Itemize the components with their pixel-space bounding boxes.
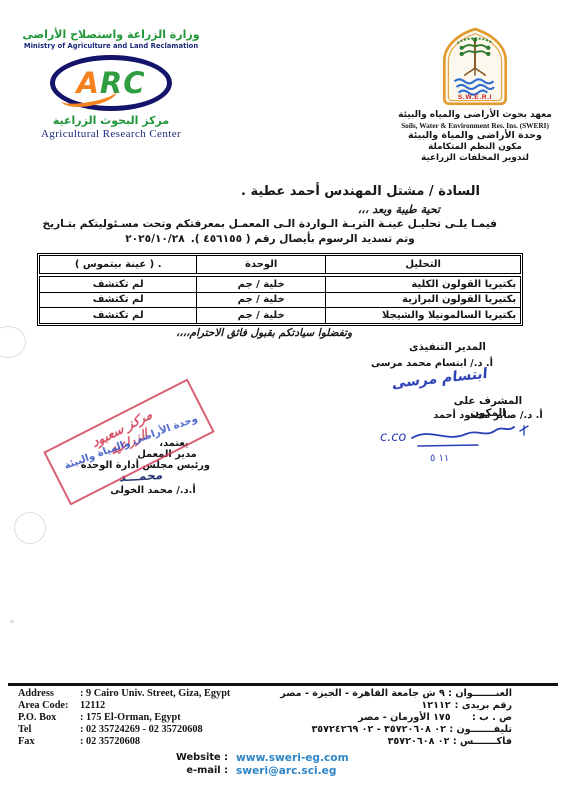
footer-web-labels: Website : e-mail : [148, 751, 228, 777]
ministry-name-arabic: وزارة الزراعة واستصلاح الأراضى [20, 28, 202, 41]
closing-line: وتفضلوا سيادتكم بقبول فائق الاحترام،،،، [118, 327, 410, 339]
results-table: التحليل الوحدة . ( عينة بيتموس ) بكتيريا… [39, 255, 521, 324]
ministry-name-english: Ministry of Agriculture and Land Reclama… [20, 42, 202, 50]
results-table-wrapper: التحليل الوحدة . ( عينة بيتموس ) بكتيريا… [37, 253, 523, 326]
scan-hole-artifact [0, 326, 26, 358]
svg-text:c.co: c.co [380, 430, 406, 445]
component-supervisor-signature-handwriting: c.co ١١ ٥ [378, 423, 538, 465]
header-sample: . ( عينة بيتموس ) [40, 256, 197, 276]
arc-header-block: وزارة الزراعة واستصلاح الأراضى Ministry … [20, 28, 202, 140]
analysis-cell: بكتيريا القولون البرازية [326, 292, 521, 308]
footer-pobox-ar: ص . ب : ١٧٥ الأورمان - مصر [280, 712, 512, 724]
footer-pobox-en: P.O. Box: 175 El-Orman, Egypt [18, 712, 230, 724]
table-row: بكتيريا القولون البرازية خلية / جم لم تك… [40, 292, 521, 308]
unit-name-arabic: وحدة الأراضى والمياة والبيئة [393, 130, 557, 142]
website-label: Website : [148, 751, 228, 764]
footer-areacode-ar: رقم بريدى : ١٢١١٢ [280, 700, 512, 712]
arc-logo: ARC [50, 55, 172, 111]
arc-logo-swoosh-icon [60, 81, 119, 110]
component-supervisor-name: أ. د./ صابر محمود أحمد [428, 410, 548, 421]
center-name-english: Agricultural Research Center [20, 128, 202, 140]
footer-divider [8, 683, 558, 686]
unit-cell: خلية / جم [197, 292, 326, 308]
header-analysis: التحليل [326, 256, 521, 276]
analysis-cell: بكتيريا القولون الكلية [326, 275, 521, 292]
receipt-text: وتم تسديد الرسوم بأيصال رقم ( ٤٥٦١٥٥ ). [191, 233, 415, 245]
unit-cell: خلية / جم [197, 308, 326, 324]
center-name-arabic: مركز البحوث الزراعية [20, 114, 202, 127]
footer-address-ar: العنـــــــوان : ٩ ش جامعة القاهرة - الج… [280, 688, 512, 700]
component-name-arabic: مكون النظم المتكاملة [393, 142, 557, 153]
table-row: بكتيريا القولون الكلية خلية / جم لم تكتش… [40, 275, 521, 292]
lab-director-name: أ.د./ محمد الخولى [103, 485, 203, 496]
result-cell: لم تكتشف [40, 292, 197, 308]
sweri-header-block: S.W.E.R.I معهد بحوث الأراضى والمياه والب… [393, 26, 557, 164]
footer-tel-en: Tel: 02 35724269 - 02 35720608 [18, 724, 230, 736]
executive-director-title: المدير التنفيذى [400, 341, 495, 353]
table-header-row: التحليل الوحدة . ( عينة بيتموس ) [40, 256, 521, 276]
scan-speck-artifact [10, 620, 14, 623]
website-url: www.sweri-eg.com [236, 752, 349, 765]
body-line-1: فيمـا يلـى تحليـل عينـة التربـة الـواردة… [42, 218, 497, 230]
footer-tel-ar: تليفـــــــون : ٠٢ ٣٥٧٢٠٦٠٨ - ٠٢ ٣٥٧٢٤٢٦… [280, 724, 512, 736]
executive-director-signature-handwriting: ابتسام مرسى [392, 366, 488, 392]
footer-english-block: Address: 9 Cairo Univ. Street, Giza, Egy… [18, 688, 230, 748]
email-address: sweri@arc.sci.eg [236, 765, 349, 778]
footer-fax-ar: فاكـــــــس : ٠٢ ٣٥٧٢٠٦٠٨ [280, 736, 512, 748]
footer-address-en: Address: 9 Cairo Univ. Street, Giza, Egy… [18, 688, 230, 700]
footer-fax-en: Fax: 02 35720608 [18, 736, 230, 748]
footer-web-values: www.sweri-eg.com sweri@arc.sci.eg [236, 752, 349, 778]
sample-date: ٢٠٢٥/١٠/٢٨ [125, 233, 184, 245]
footer-areacode-en: Area Code:12112 [18, 700, 230, 712]
institute-name-english: Soils, Water & Environment Res. Ins. (SW… [393, 121, 557, 130]
sweri-shield-logo-icon: S.W.E.R.I [435, 26, 515, 110]
unit-cell: خلية / جم [197, 275, 326, 292]
result-cell: لم تكتشف [40, 308, 197, 324]
result-cell: لم تكتشف [40, 275, 197, 292]
shield-sweri-text: S.W.E.R.I [458, 94, 492, 101]
scanned-letter-page: وزارة الزراعة واستصلاح الأراضى Ministry … [0, 0, 566, 800]
analysis-cell: بكتيريا السالمونيلا والشيجلا [326, 308, 521, 324]
scan-hole-artifact [14, 512, 46, 544]
footer-arabic-block: العنـــــــوان : ٩ ش جامعة القاهرة - الج… [280, 688, 512, 748]
header-unit: الوحدة [197, 256, 326, 276]
institute-name-arabic: معهد بحوث الأراضى والمياه والبيئة [393, 110, 557, 121]
email-label: e-mail : [148, 764, 228, 777]
recycling-name-arabic: لتدوير المخلفات الزراعية [393, 153, 557, 164]
greeting-line: تحية طيبة وبعد ،،، [358, 203, 440, 216]
body-line-2: ٢٠٢٥/١٠/٢٨ وتم تسديد الرسوم بأيصال رقم (… [50, 233, 490, 245]
svg-text:١١ ٥: ١١ ٥ [430, 453, 449, 464]
addressee-line: السادة / مشتل المهندس أحمد عطية . [241, 184, 480, 199]
table-row: بكتيريا السالمونيلا والشيجلا خلية / جم ل… [40, 308, 521, 324]
